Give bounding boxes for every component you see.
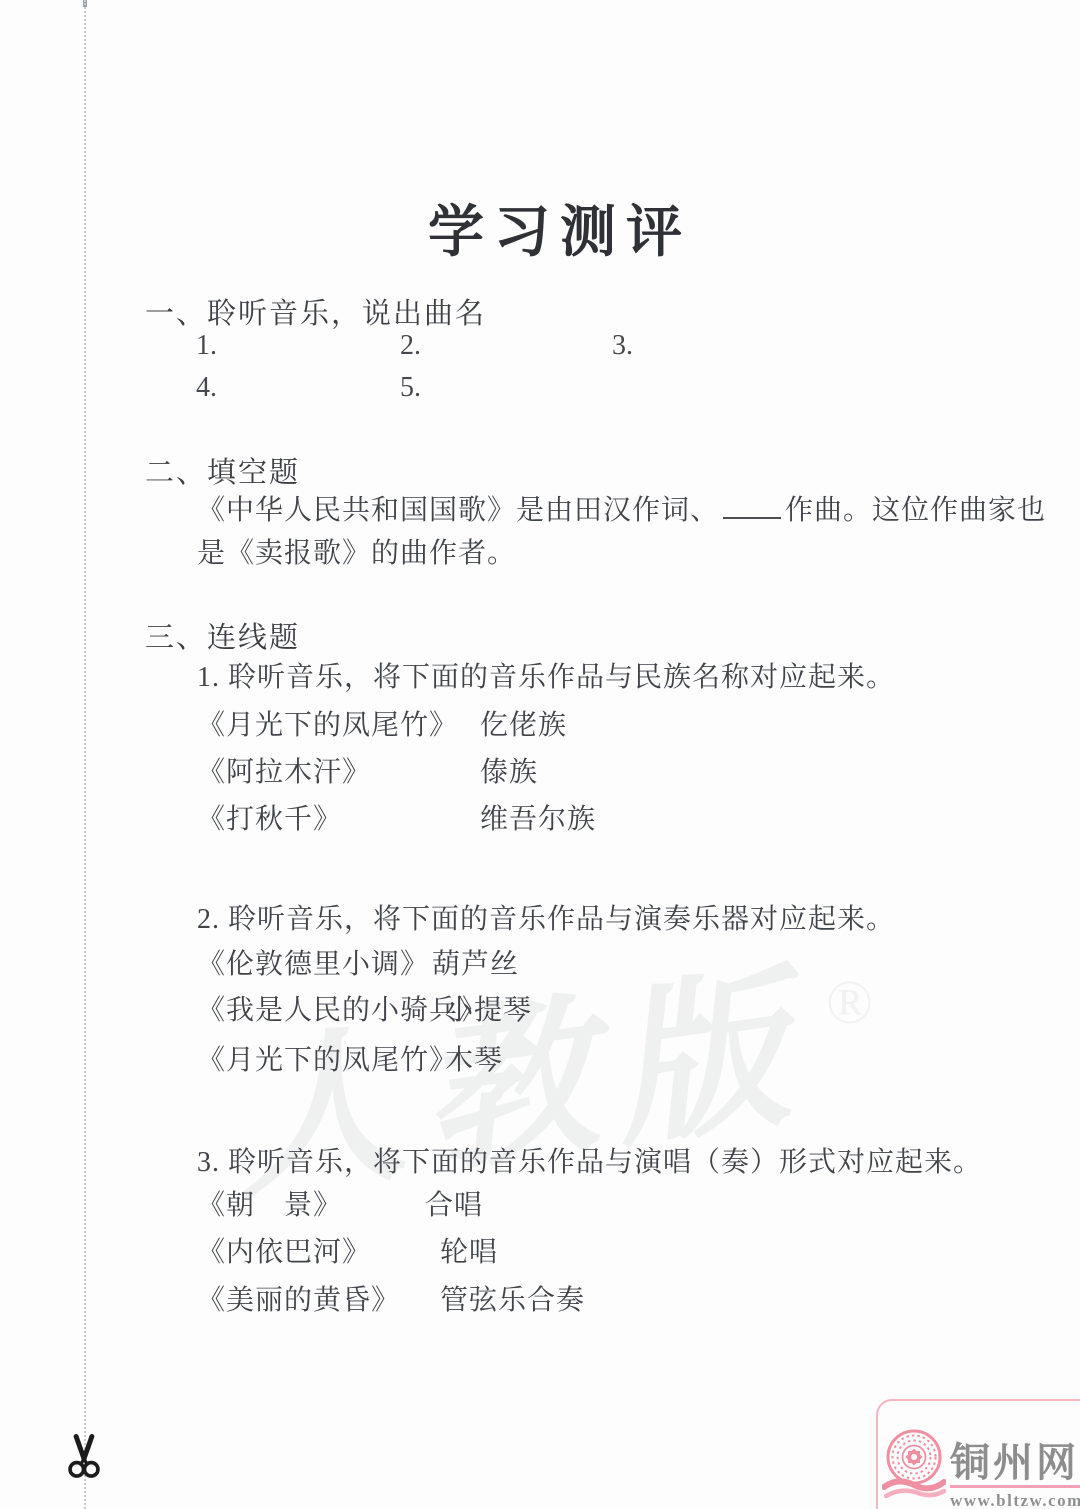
match3-right-2: 轮唱 <box>440 1230 498 1270</box>
site-name: 铜州网 <box>950 1431 1079 1488</box>
answer-slot-1: 1. <box>196 330 217 362</box>
logo-divider <box>950 1485 1080 1488</box>
match3-left-2: 《内依巴河》 <box>197 1230 371 1270</box>
page-title: 学习测评 <box>40 188 1080 268</box>
match1-left-3: 《打秋千》 <box>197 797 342 837</box>
match3-right-3: 管弦乐合奏 <box>440 1278 585 1318</box>
match3-left-1: 《朝 景》 <box>197 1183 342 1223</box>
matching-prompt-3: 3. 聆听音乐，将下面的音乐作品与演唱（奏）形式对应起来。 <box>197 1140 982 1180</box>
match1-right-2: 傣族 <box>480 750 538 790</box>
match2-right-2: 小提琴 <box>445 988 532 1028</box>
match2-left-1: 《伦敦德里小调》 <box>197 942 429 982</box>
answer-slot-5: 5. <box>400 372 421 404</box>
match2-left-2: 《我是人民的小骑兵》 <box>197 988 487 1028</box>
fill-in-sentence-line2: 是《卖报歌》的曲作者。 <box>197 531 516 571</box>
matching-prompt-1: 1. 聆听音乐，将下面的音乐作品与民族名称对应起来。 <box>197 655 895 695</box>
match1-left-1: 《月光下的凤尾竹》 <box>197 703 458 743</box>
match2-right-1: 葫芦丝 <box>432 942 519 982</box>
site-url: www.bltzw.com <box>950 1491 1080 1509</box>
scissors-icon <box>64 1434 104 1480</box>
answer-slot-4: 4. <box>196 372 217 404</box>
fill-in-text-after: 作曲。这位作曲家也 <box>785 495 1046 526</box>
match3-left-3: 《美丽的黄昏》 <box>197 1278 400 1318</box>
match3-right-1: 合唱 <box>425 1183 483 1223</box>
fill-in-text-before: 《中华人民共和国国歌》是由田汉作词、 <box>197 495 719 526</box>
site-logo-medallion-icon <box>882 1427 946 1503</box>
match1-right-3: 维吾尔族 <box>480 797 596 837</box>
matching-prompt-2: 2. 聆听音乐，将下面的音乐作品与演奏乐器对应起来。 <box>197 897 895 937</box>
site-logo-box: 铜州网 www.bltzw.com <box>876 1399 1080 1509</box>
section2-heading: 二、填空题 <box>145 450 300 491</box>
answer-slot-3: 3. <box>612 330 633 362</box>
section1-heading: 一、聆听音乐，说出曲名 <box>145 291 486 332</box>
match1-right-1: 仡佬族 <box>480 703 567 743</box>
answer-slot-2: 2. <box>400 330 421 362</box>
registered-trademark-watermark: ® <box>826 968 873 1039</box>
fill-in-sentence-line1: 《中华人民共和国国歌》是由田汉作词、作曲。这位作曲家也 <box>197 488 997 528</box>
worksheet-page: 人教版 ® 学习测评 一、聆听音乐，说出曲名 1. 2. 3. 4. 5. 二、… <box>0 0 1080 1509</box>
match2-right-3: 木琴 <box>445 1038 503 1078</box>
match1-left-2: 《阿拉木汗》 <box>197 750 371 790</box>
match2-left-3: 《月光下的凤尾竹》 <box>197 1038 458 1078</box>
section3-heading: 三、连线题 <box>145 615 300 656</box>
answer-blank-underline <box>723 497 781 519</box>
